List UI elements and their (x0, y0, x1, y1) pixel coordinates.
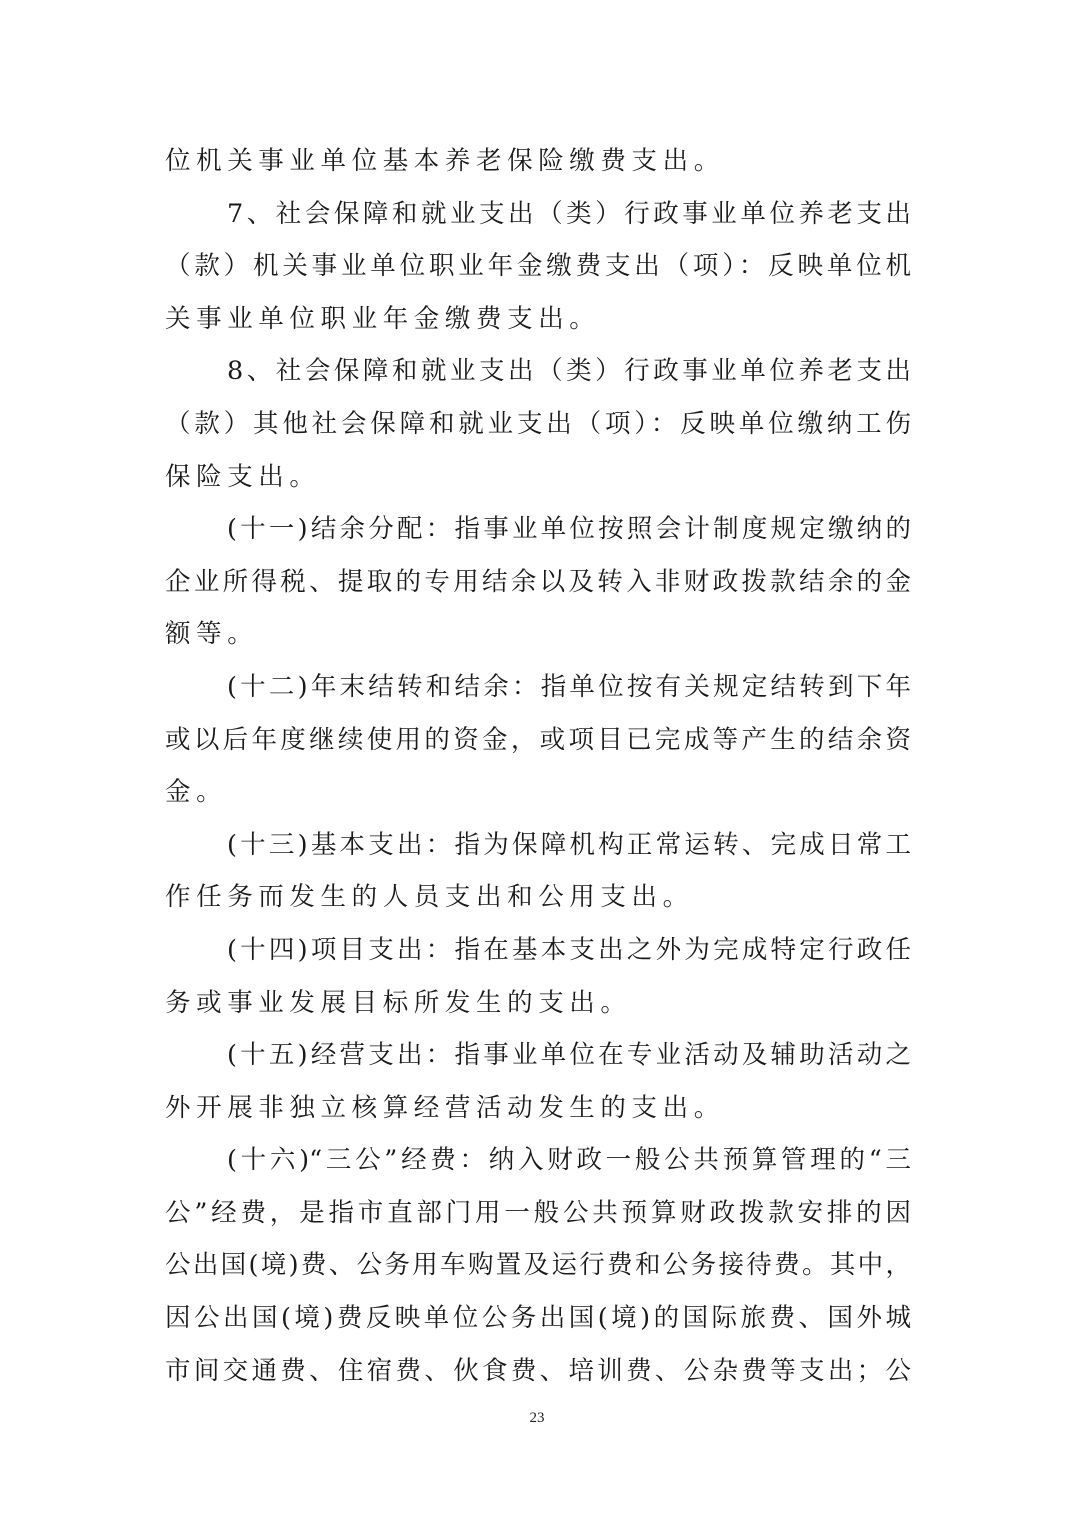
text-line: 7、社会保障和就业支出（类）行政事业单位养老支出 (165, 188, 911, 241)
text-line: (十五)经营支出：指事业单位在专业活动及辅助活动之 (165, 1029, 911, 1082)
text-line: 保险支出。 (165, 451, 911, 504)
text-line: 公出国(境)费、公务用车购置及运行费和公务接待费。其中， (165, 1239, 911, 1292)
text-line: (十一)结余分配：指事业单位按照会计制度规定缴纳的 (165, 503, 911, 556)
text-line: （款）其他社会保障和就业支出（项）：反映单位缴纳工伤 (165, 398, 911, 451)
text-line: 因公出国(境)费反映单位公务出国(境)的国际旅费、国外城 (165, 1292, 911, 1345)
text-line: 或以后年度继续使用的资金，或项目已完成等产生的结余资 (165, 714, 911, 767)
text-line: （款）机关事业单位职业年金缴费支出（项）：反映单位机 (165, 240, 911, 293)
text-line: (十三)基本支出：指为保障机构正常运转、完成日常工 (165, 819, 911, 872)
text-line: 企业所得税、提取的专用结余以及转入非财政拨款结余的金 (165, 556, 911, 609)
text-line: 金。 (165, 766, 911, 819)
text-line: 8、社会保障和就业支出（类）行政事业单位养老支出 (165, 345, 911, 398)
text-line: 作任务而发生的人员支出和公用支出。 (165, 871, 911, 924)
body-text: 位机关事业单位基本养老保险缴费支出。 7、社会保障和就业支出（类）行政事业单位养… (165, 135, 911, 1397)
text-line: 市间交通费、住宿费、伙食费、培训费、公杂费等支出；公 (165, 1345, 911, 1398)
text-line: 额等。 (165, 608, 911, 661)
text-line: (十六)“三公”经费：纳入财政一般公共预算管理的“三 (165, 1134, 911, 1187)
text-line: (十四)项目支出：指在基本支出之外为完成特定行政任 (165, 924, 911, 977)
text-line: 外开展非独立核算经营活动发生的支出。 (165, 1082, 911, 1135)
page-number: 23 (0, 1410, 1074, 1427)
text-line: 关事业单位职业年金缴费支出。 (165, 293, 911, 346)
text-line: (十二)年末结转和结余：指单位按有关规定结转到下年 (165, 661, 911, 714)
text-line: 务或事业发展目标所发生的支出。 (165, 977, 911, 1030)
document-page: 位机关事业单位基本养老保险缴费支出。 7、社会保障和就业支出（类）行政事业单位养… (0, 0, 1074, 1520)
text-line: 公”经费，是指市直部门用一般公共预算财政拨款安排的因 (165, 1187, 911, 1240)
text-line: 位机关事业单位基本养老保险缴费支出。 (165, 135, 911, 188)
